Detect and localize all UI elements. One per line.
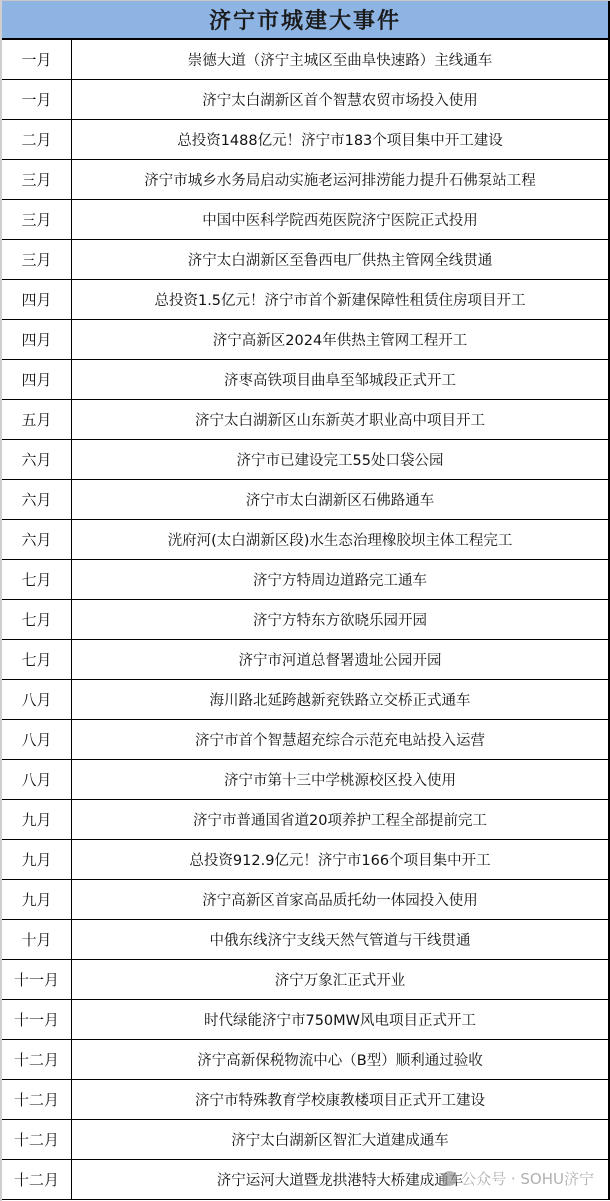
event-cell: 济宁太白湖新区山东新英才职业高中项目开工 (72, 400, 608, 439)
month-cell: 七月 (2, 640, 72, 679)
month-cell: 一月 (2, 80, 72, 119)
month-cell: 十月 (2, 920, 72, 959)
event-cell: 海川路北延跨越新兖铁路立交桥正式通车 (72, 680, 608, 719)
event-cell: 济宁方特周边道路完工通车 (72, 560, 608, 599)
table-row: 十二月济宁运河大道暨龙拱港特大桥建成通车 (2, 1160, 610, 1200)
table-row: 四月济宁高新区2024年供热主管网工程开工 (2, 320, 610, 360)
table-row: 六月洸府河(太白湖新区段)水生态治理橡胶坝主体工程完工 (2, 520, 610, 560)
month-cell: 七月 (2, 600, 72, 639)
table-row: 十二月济宁市特殊教育学校康教楼项目正式开工建设 (2, 1080, 610, 1120)
month-cell: 七月 (2, 560, 72, 599)
event-table-sheet: 济宁市城建大事件 一月崇德大道（济宁主城区至曲阜快速路）主线通车一月济宁太白湖新… (0, 0, 610, 1201)
event-cell: 总投资1.5亿元！济宁市首个新建保障性租赁住房项目开工 (72, 280, 608, 319)
event-cell: 中国中医科学院西苑医院济宁医院正式投用 (72, 200, 608, 239)
table-row: 一月崇德大道（济宁主城区至曲阜快速路）主线通车 (2, 40, 610, 80)
table-row: 七月济宁方特东方欲晓乐园开园 (2, 600, 610, 640)
month-cell: 八月 (2, 760, 72, 799)
table-title: 济宁市城建大事件 (209, 4, 401, 35)
table-row: 一月济宁太白湖新区首个智慧农贸市场投入使用 (2, 80, 610, 120)
month-cell: 四月 (2, 360, 72, 399)
event-cell: 洸府河(太白湖新区段)水生态治理橡胶坝主体工程完工 (72, 520, 608, 559)
month-cell: 八月 (2, 720, 72, 759)
month-cell: 二月 (2, 120, 72, 159)
event-cell: 济宁市普通国省道20项养护工程全部提前完工 (72, 800, 608, 839)
event-cell: 济宁市第十三中学桃源校区投入使用 (72, 760, 608, 799)
event-cell: 济宁方特东方欲晓乐园开园 (72, 600, 608, 639)
month-cell: 一月 (2, 40, 72, 79)
month-cell: 四月 (2, 320, 72, 359)
month-cell: 九月 (2, 840, 72, 879)
month-cell: 六月 (2, 440, 72, 479)
event-cell: 济枣高铁项目曲阜至邹城段正式开工 (72, 360, 608, 399)
month-cell: 八月 (2, 680, 72, 719)
event-cell: 济宁万象汇正式开业 (72, 960, 608, 999)
month-cell: 十一月 (2, 960, 72, 999)
table-title-bar: 济宁市城建大事件 (2, 1, 610, 40)
table-row: 七月济宁市河道总督署遗址公园开园 (2, 640, 610, 680)
table-row: 七月济宁方特周边道路完工通车 (2, 560, 610, 600)
month-cell: 九月 (2, 880, 72, 919)
table-row: 四月济枣高铁项目曲阜至邹城段正式开工 (2, 360, 610, 400)
table-row: 十一月时代绿能济宁市750MW风电项目正式开工 (2, 1000, 610, 1040)
event-cell: 济宁市太白湖新区石佛路通车 (72, 480, 608, 519)
event-cell: 济宁市特殊教育学校康教楼项目正式开工建设 (72, 1080, 608, 1119)
event-cell: 总投资1488亿元！济宁市183个项目集中开工建设 (72, 120, 608, 159)
table-row: 九月总投资912.9亿元！济宁市166个项目集中开工 (2, 840, 610, 880)
table-row: 二月总投资1488亿元！济宁市183个项目集中开工建设 (2, 120, 610, 160)
table-row: 十月中俄东线济宁支线天然气管道与干线贯通 (2, 920, 610, 960)
table-row: 六月济宁市太白湖新区石佛路通车 (2, 480, 610, 520)
event-table-body: 一月崇德大道（济宁主城区至曲阜快速路）主线通车一月济宁太白湖新区首个智慧农贸市场… (2, 40, 610, 1200)
table-row: 八月济宁市首个智慧超充综合示范充电站投入运营 (2, 720, 610, 760)
month-cell: 五月 (2, 400, 72, 439)
table-row: 四月总投资1.5亿元！济宁市首个新建保障性租赁住房项目开工 (2, 280, 610, 320)
table-row: 九月济宁市普通国省道20项养护工程全部提前完工 (2, 800, 610, 840)
month-cell: 三月 (2, 160, 72, 199)
table-row: 八月济宁市第十三中学桃源校区投入使用 (2, 760, 610, 800)
event-cell: 济宁太白湖新区至鲁西电厂供热主管网全线贯通 (72, 240, 608, 279)
event-cell: 济宁太白湖新区智汇大道建成通车 (72, 1120, 608, 1159)
month-cell: 三月 (2, 240, 72, 279)
event-cell: 总投资912.9亿元！济宁市166个项目集中开工 (72, 840, 608, 879)
event-cell: 济宁市已建设完工55处口袋公园 (72, 440, 608, 479)
table-row: 十一月济宁万象汇正式开业 (2, 960, 610, 1000)
table-row: 六月济宁市已建设完工55处口袋公园 (2, 440, 610, 480)
event-cell: 中俄东线济宁支线天然气管道与干线贯通 (72, 920, 608, 959)
event-cell: 济宁高新保税物流中心（B型）顺利通过验收 (72, 1040, 608, 1079)
event-cell: 济宁市首个智慧超充综合示范充电站投入运营 (72, 720, 608, 759)
month-cell: 十二月 (2, 1040, 72, 1079)
month-cell: 四月 (2, 280, 72, 319)
table-row: 十二月济宁太白湖新区智汇大道建成通车 (2, 1120, 610, 1160)
month-cell: 十二月 (2, 1080, 72, 1119)
event-cell: 时代绿能济宁市750MW风电项目正式开工 (72, 1000, 608, 1039)
table-row: 三月济宁太白湖新区至鲁西电厂供热主管网全线贯通 (2, 240, 610, 280)
month-cell: 九月 (2, 800, 72, 839)
table-row: 五月济宁太白湖新区山东新英才职业高中项目开工 (2, 400, 610, 440)
month-cell: 三月 (2, 200, 72, 239)
event-cell: 崇德大道（济宁主城区至曲阜快速路）主线通车 (72, 40, 608, 79)
event-cell: 济宁市城乡水务局启动实施老运河排涝能力提升石佛泵站工程 (72, 160, 608, 199)
table-row: 十二月济宁高新保税物流中心（B型）顺利通过验收 (2, 1040, 610, 1080)
table-row: 九月济宁高新区首家高品质托幼一体园投入使用 (2, 880, 610, 920)
event-cell: 济宁太白湖新区首个智慧农贸市场投入使用 (72, 80, 608, 119)
table-row: 三月济宁市城乡水务局启动实施老运河排涝能力提升石佛泵站工程 (2, 160, 610, 200)
month-cell: 六月 (2, 520, 72, 559)
month-cell: 十二月 (2, 1160, 72, 1199)
event-cell: 济宁市河道总督署遗址公园开园 (72, 640, 608, 679)
month-cell: 十一月 (2, 1000, 72, 1039)
event-cell: 济宁运河大道暨龙拱港特大桥建成通车 (72, 1160, 608, 1199)
table-row: 三月中国中医科学院西苑医院济宁医院正式投用 (2, 200, 610, 240)
event-cell: 济宁高新区2024年供热主管网工程开工 (72, 320, 608, 359)
month-cell: 六月 (2, 480, 72, 519)
month-cell: 十二月 (2, 1120, 72, 1159)
table-row: 八月海川路北延跨越新兖铁路立交桥正式通车 (2, 680, 610, 720)
event-cell: 济宁高新区首家高品质托幼一体园投入使用 (72, 880, 608, 919)
